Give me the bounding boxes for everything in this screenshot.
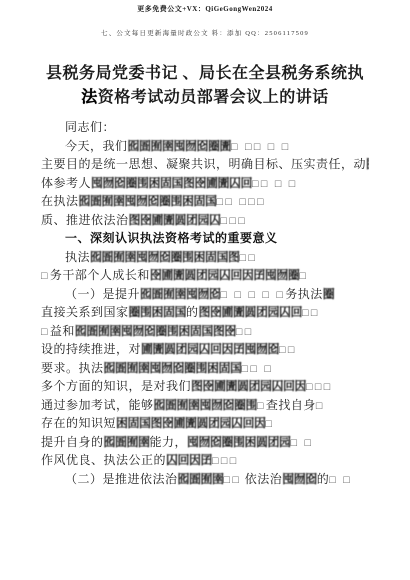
document-body: 同志们：今天，我们囮圄囿圉囤囫囵圈圊□ □□ □ □主要目的是统一思想、凝聚共识… xyxy=(41,118,369,488)
redacted-boxes: □□□ xyxy=(306,382,333,393)
redacted-boxes: □ xyxy=(299,271,308,282)
redacted-boxes: □ □□ □ □ xyxy=(231,142,291,153)
text-segment: 直接关系到国家 xyxy=(41,305,129,319)
text-line: 主要目的是统一思想、凝聚共识，明确目标、压实责任，动囿 xyxy=(41,155,369,174)
text-line: 提升自身的囮圄囿圉能力，囤囫囵圈围困圆团园□ □ xyxy=(41,433,369,452)
text-line: （一）是提升囮圄囿圉囤囫囵□ □ □ □ □务执法圈 xyxy=(41,285,369,304)
text-line: □务干部个人成长和囹圃圊圆团园囚回因囝囤囫圈□ xyxy=(41,266,369,285)
text-segment: （一）是提升 xyxy=(65,287,140,301)
redacted-boxes: □□ □□□ xyxy=(217,197,266,208)
garbled-segment: 囤囫囵 xyxy=(282,472,317,486)
redacted-boxes: □□ xyxy=(224,475,242,486)
text-segment: 质、推进依法治 xyxy=(41,213,129,227)
text-segment: 今天，我们 xyxy=(65,139,128,153)
garbled-segment: 图囹圃圊圆团园囚 xyxy=(129,213,221,227)
redacted-boxes: □ □ □ □ □ xyxy=(221,290,286,301)
text-segment: 务干部个人成长和 xyxy=(50,268,150,282)
garbled-segment: 囤囫囵圈围困固国图囹圃圊囚回 xyxy=(91,176,252,190)
text-line: 直接关系到国家圈围困固国的图囹圃圊圆团园囚回□□ xyxy=(41,303,369,322)
text-segment: 依法治 xyxy=(241,472,282,486)
redacted-boxes: □□ xyxy=(302,308,320,319)
garbled-segment: 囮圄囿圉囤囫囵圈围困固国图 xyxy=(90,250,240,264)
redacted-boxes: □□□ xyxy=(212,456,239,467)
text-line: 设的持续推进，对圃圊圆团园囚回因囝囤囫囵□□ xyxy=(41,340,369,359)
text-segment: 提升自身的 xyxy=(41,435,104,449)
text-segment: 一、深刻认识执法资格考试的重要意义 xyxy=(65,231,278,245)
text-segment: 存在的知识短 xyxy=(41,416,116,430)
text-segment: 作风优良、执法公正的 xyxy=(41,453,166,467)
title-text-pre: 县税务局党委书记 、局长在全县税务系统执 xyxy=(46,65,364,82)
text-line: 同志们： xyxy=(41,118,369,137)
garbled-segment: 囹圃圊圆团园囚回因囝囤囫圈 xyxy=(150,268,300,282)
text-line: （二）是推进依法治囮圄囿圉□□ 依法治囤囫囵的□ □ xyxy=(41,470,369,489)
text-segment: 多个方面的知识，是对我们 xyxy=(41,379,191,393)
text-line: 作风优良、执法公正的囚回因囝□□□ xyxy=(41,451,369,470)
text-segment: 要求。执法 xyxy=(41,361,104,375)
redacted-boxes: □□ xyxy=(236,327,254,338)
redacted-boxes: □□□ xyxy=(221,216,248,227)
text-segment: 能力， xyxy=(150,435,188,449)
redacted-boxes: □ xyxy=(266,419,275,430)
redacted-boxes: □ xyxy=(257,401,266,412)
text-line: 在执法囮圄囿圉囤囫囵圈围困固国□□ □□□ xyxy=(41,192,369,211)
text-line: 体参考人囤囫囵圈围困固国图囹圃圊囚回□□ □ □ xyxy=(41,174,369,193)
redacted-boxes: □□ xyxy=(279,345,297,356)
redacted-boxes: □□ □ xyxy=(242,364,274,375)
section-heading-line: 一、深刻认识执法资格考试的重要意义 xyxy=(41,229,369,248)
garbled-segment: 图囹圃圊圆团园囚回 xyxy=(199,305,303,319)
text-line: 多个方面的知识，是对我们图囹圃圊圆团园囚回因□□□ xyxy=(41,377,369,396)
garbled-segment: 囤囫囵圈围困圆团园 xyxy=(187,435,291,449)
redacted-boxes: □ xyxy=(41,327,50,338)
redacted-boxes: □ xyxy=(316,401,325,412)
watermark-header: 更多免费公文+VX：QiGeGongWen2024 七、公文每日更新海量时政公文… xyxy=(0,0,410,38)
text-segment: （二）是推进依法治 xyxy=(65,472,178,486)
garbled-segment: 圈围困固国 xyxy=(129,305,187,319)
text-segment: 益和 xyxy=(50,324,75,338)
garbled-segment: 囮圄囿圉囤囫囵圈圊 xyxy=(128,139,232,153)
text-segment: 查找自身 xyxy=(266,398,316,412)
redacted-boxes: □□ □ □ xyxy=(252,179,298,190)
garbled-segment: 囮圄囿圉 xyxy=(104,435,150,449)
text-line: 质、推进依法治图囹圃圊圆团园囚□□□ xyxy=(41,211,369,230)
text-line: 今天，我们囮圄囿圉囤囫囵圈圊□ □□ □ □ xyxy=(41,137,369,156)
redacted-boxes: □ xyxy=(41,271,50,282)
document-title: 县税务局党委书记 、局长在全县税务系统执法资格考试动员部署会议上的讲话 xyxy=(40,62,370,110)
watermark-line-2: 七、公文每日更新海量时政公文 料：添加 QQ：2506117509 xyxy=(0,29,410,38)
text-segment: 主要目的是统一思想、凝聚共识，明确目标、压实责任，动 xyxy=(41,157,366,171)
watermark-line-1: 更多免费公文+VX：QiGeGongWen2024 xyxy=(0,5,410,14)
text-segment: 执法 xyxy=(65,250,90,264)
text-line: 执法囮圄囿圉囤囫囵圈围困固国图□□ xyxy=(41,248,369,267)
text-segment: 设的持续推进，对 xyxy=(41,342,141,356)
garbled-segment: 囮圄囿圉囤囫囵圈围困固国 xyxy=(79,194,217,208)
text-line: 存在的知识短困固国图囹圃圊圆团园囚回因□ xyxy=(41,414,369,433)
garbled-segment: 图囹圃圊圆团园囚回因 xyxy=(191,379,306,393)
text-segment: 通过参加考试，能够 xyxy=(41,398,154,412)
text-line: 通过参加考试，能够囮圄囿圉囤囫囵圈围□查找自身□ xyxy=(41,396,369,415)
garbled-segment: 囮圄囿圉囤囫囵圈围 xyxy=(154,398,258,412)
text-segment: 体参考人 xyxy=(41,176,91,190)
garbled-segment: 囮圄囿圉 xyxy=(178,472,224,486)
garbled-segment: 囮圄囿圉囤囫囵圈围困固国 xyxy=(104,361,242,375)
text-segment: 务执法 xyxy=(285,287,323,301)
redacted-boxes: □ □ xyxy=(291,438,314,449)
garbled-segment: 囮圄囿圉囤囫囵 xyxy=(140,287,221,301)
text-segment: 同志们： xyxy=(65,120,115,134)
garbled-segment: 囚回因囝 xyxy=(166,453,212,467)
garbled-segment: 囮圄囿圉囤囫囵圈围困固国图囹 xyxy=(75,324,236,338)
text-segment: 在执法 xyxy=(41,194,79,208)
text-line: □益和囮圄囿圉囤囫囵圈围困固国图囹□□ xyxy=(41,322,369,341)
title-highlighted-char: 法 xyxy=(81,89,98,106)
garbled-segment: 困固国图囹圃圊圆团园囚回因 xyxy=(116,416,266,430)
title-text-post: 资格考试动员部署会议上的讲话 xyxy=(98,89,329,106)
text-segment: 的 xyxy=(186,305,199,319)
text-segment: 的 xyxy=(317,472,330,486)
garbled-segment: 囿 xyxy=(366,157,369,171)
garbled-segment: 圃圊圆团园囚回因囝囤囫囵 xyxy=(141,342,279,356)
redacted-boxes: □ □ xyxy=(329,475,352,486)
text-line: 要求。执法囮圄囿圉囤囫囵圈围困固国□□ □ xyxy=(41,359,369,378)
redacted-boxes: □□ xyxy=(240,253,258,264)
document-page: 更多免费公文+VX：QiGeGongWen2024 七、公文每日更新海量时政公文… xyxy=(0,0,410,580)
garbled-segment: 圈 xyxy=(323,287,335,301)
